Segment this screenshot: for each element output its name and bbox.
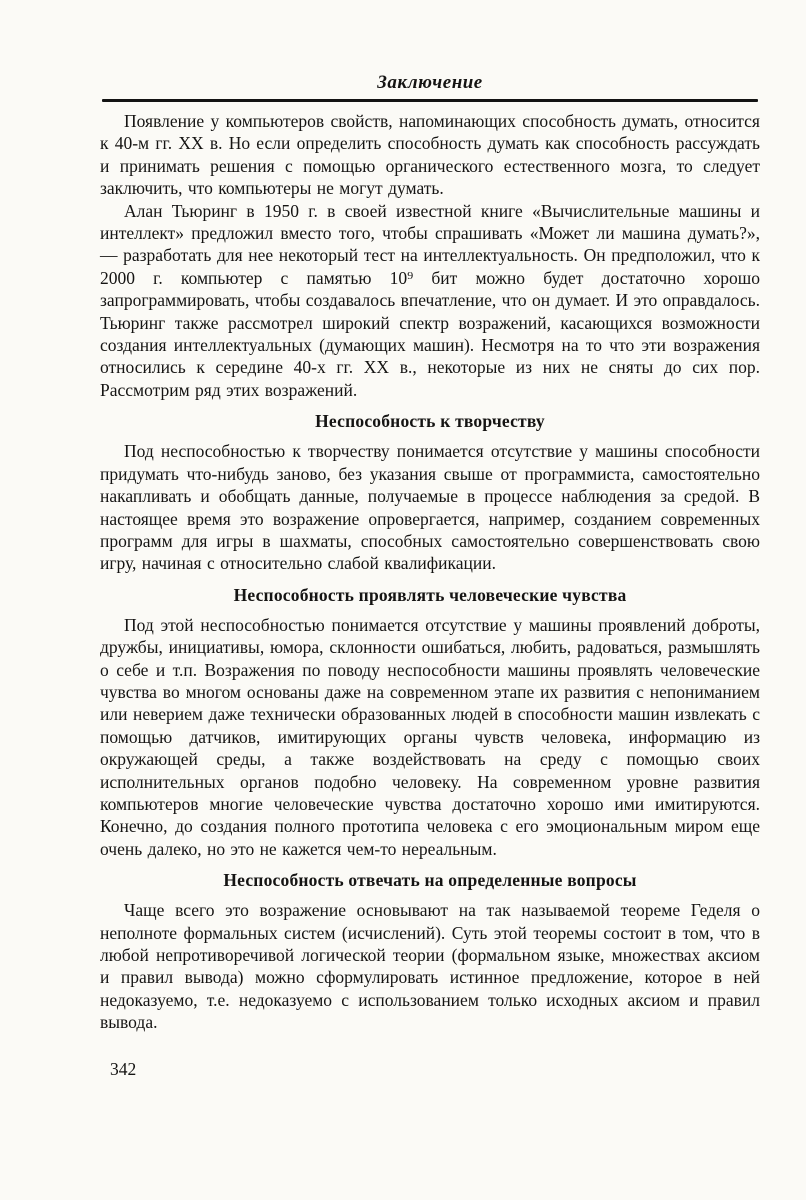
section-heading: Неспособность отвечать на определенные в… <box>100 869 760 891</box>
running-head: Заключение <box>100 72 760 94</box>
body-paragraph: Под неспособностью к творчеству понимает… <box>100 440 760 574</box>
body-paragraph: Появление у компьютеров свойств, напомин… <box>100 110 760 200</box>
body-paragraph: Чаще всего это возражение основывают на … <box>100 899 760 1033</box>
section-heading: Неспособность проявлять человеческие чув… <box>100 584 760 606</box>
header-rule <box>102 99 758 102</box>
page-number: 342 <box>110 1058 760 1080</box>
running-head-title: Заключение <box>377 72 483 93</box>
page-content: Заключение Появление у компьютеров свойс… <box>100 0 760 1080</box>
body-paragraph: Алан Тьюринг в 1950 г. в своей известной… <box>100 200 760 402</box>
section-heading: Неспособность к творчеству <box>100 410 760 432</box>
body-paragraph: Под этой неспособностью понимается отсут… <box>100 614 760 860</box>
book-page: Заключение Появление у компьютеров свойс… <box>0 0 806 1200</box>
